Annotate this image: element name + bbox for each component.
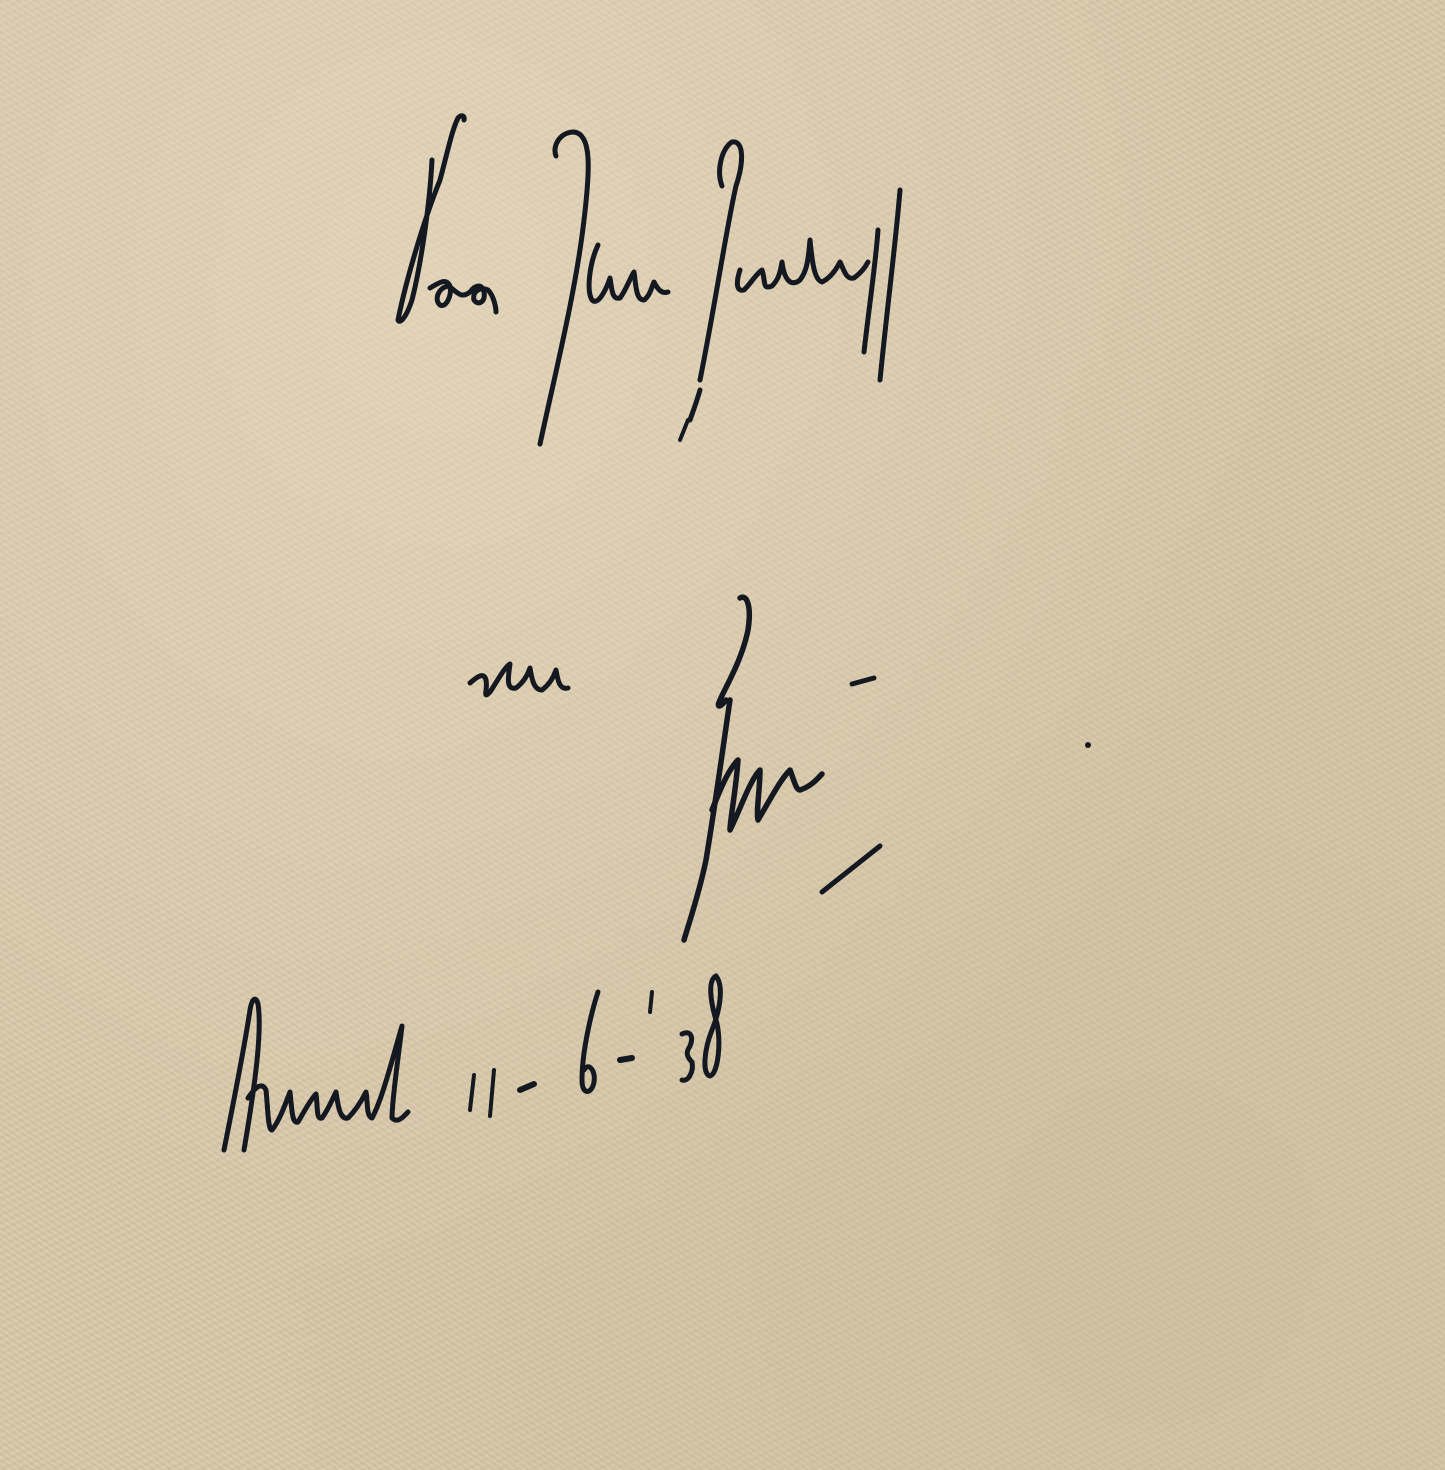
handwriting-ink	[0, 0, 1445, 1470]
handwritten-line-place-date	[224, 976, 720, 1150]
handwritten-signature	[684, 597, 1091, 940]
paper-page: Voor Jan Greshoff van [signature] Brusse…	[0, 0, 1445, 1470]
handwritten-line-dedication	[398, 116, 900, 444]
handwritten-line-from	[470, 664, 568, 695]
